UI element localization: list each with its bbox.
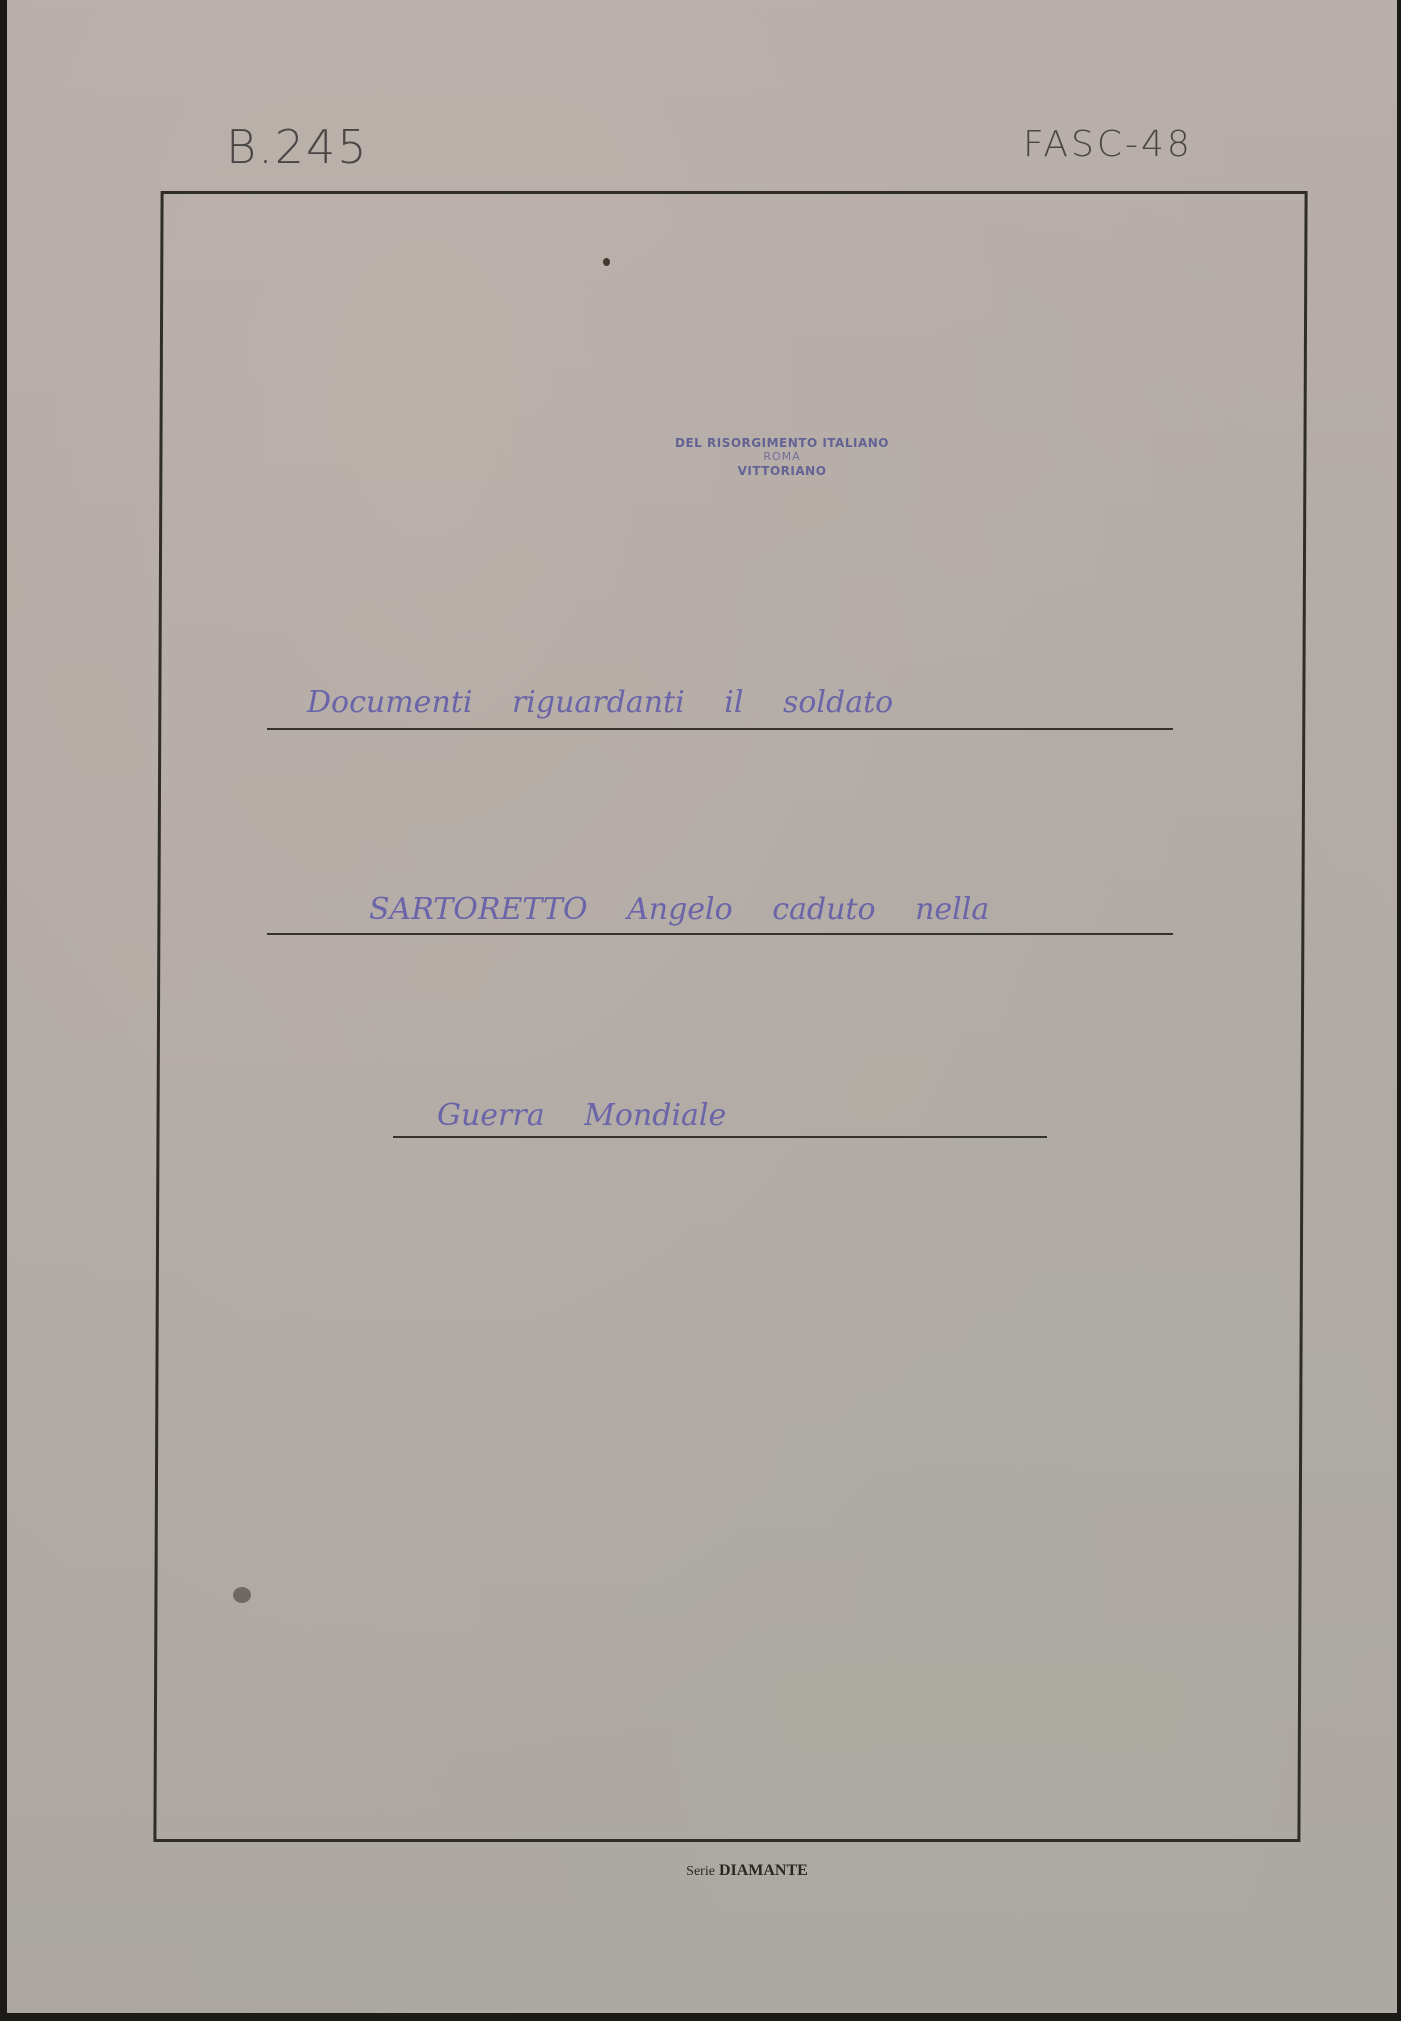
- stamp-line-institution: DEL RISORGIMENTO ITALIANO: [657, 436, 907, 450]
- writing-rule-2: [267, 933, 1173, 935]
- document-page: B.245 FASC-48 DEL RISORGIMENTO ITALIANO …: [7, 0, 1397, 2013]
- writing-rule-3: [393, 1136, 1047, 1138]
- handwritten-line-3: Guerra Mondiale: [437, 1098, 726, 1133]
- writing-rule-1: [267, 728, 1173, 730]
- archive-folder-number: FASC-48: [1023, 124, 1193, 165]
- series-label: Serie: [686, 1864, 715, 1879]
- archive-box-number: B.245: [226, 120, 369, 174]
- series-footer: Serie DIAMANTE: [647, 1862, 847, 1880]
- stamp-line-city: ROMA: [657, 450, 907, 464]
- handwritten-line-2: SARTORETTO Angelo caduto nella: [369, 892, 989, 927]
- series-name: DIAMANTE: [719, 1862, 808, 1879]
- archive-stamp: DEL RISORGIMENTO ITALIANO ROMA VITTORIAN…: [657, 436, 907, 478]
- paper-spot: [603, 258, 610, 266]
- stamp-line-location: VITTORIANO: [657, 464, 907, 478]
- handwritten-line-1: Documenti riguardanti il soldato: [307, 685, 893, 720]
- paper-spot: [233, 1587, 251, 1603]
